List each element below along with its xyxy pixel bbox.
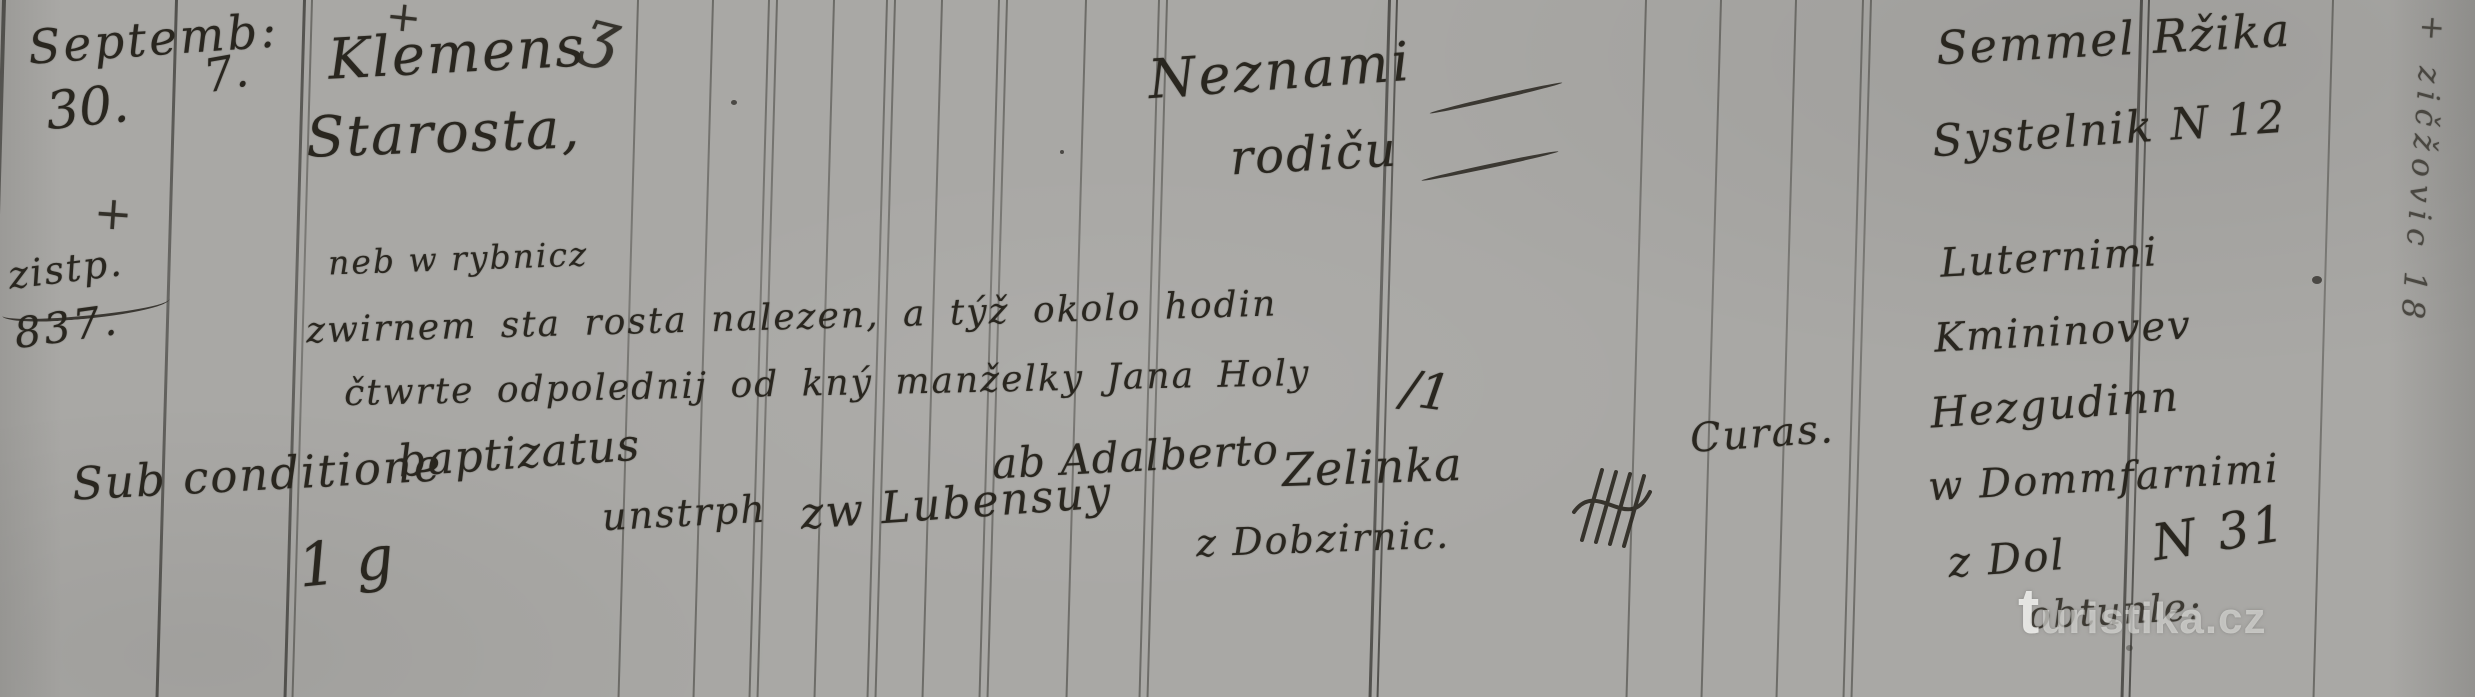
column-rule-line — [156, 0, 178, 697]
ink-speck — [2126, 645, 2133, 651]
column-rule-line — [2313, 0, 2334, 697]
column-rule-line — [1066, 0, 1087, 697]
paraph-tally-icon — [1568, 452, 1654, 548]
column-rule-line — [1626, 0, 1647, 697]
bottom-word-3: z Dobzirnic. — [1195, 516, 1450, 563]
column-rule-line — [618, 0, 639, 697]
parents-unknown-line2: rodiču — [1229, 126, 1399, 183]
cross-mark-icon: + — [92, 189, 134, 238]
column-rule-line — [1701, 0, 1722, 697]
child-name-first: Klemens — [327, 19, 588, 88]
ink-speck — [731, 100, 737, 105]
watermark-label: turistika.cz — [2018, 574, 2267, 648]
column-rule-line — [922, 0, 943, 697]
column-rule-line — [1776, 0, 1797, 697]
ink-speck — [1060, 150, 1064, 154]
bottom-word-1: unstrph — [601, 490, 767, 537]
priest-surname: Zelinka — [1281, 441, 1463, 493]
entry-line-rybnik: neb w rybnicz — [328, 237, 589, 279]
ink-speck — [2312, 276, 2322, 284]
column-rule-line — [693, 0, 714, 697]
register-page: Septemb: 30. + zistp. 837. 7. + Klemens … — [0, 0, 2475, 697]
column-rule-line — [0, 0, 6, 697]
record-number: 7. — [200, 47, 251, 100]
child-name-second: Starosta, — [305, 101, 582, 167]
right-column-line3: Luternimi — [1939, 232, 2159, 283]
slash-tally-mark: ∕1 — [1399, 363, 1454, 419]
date-day: 30. — [44, 78, 132, 138]
column-rule-line — [814, 0, 835, 697]
latin-curas: Curas. — [1689, 409, 1836, 459]
bottom-mark-1g: 1 g — [295, 527, 396, 597]
